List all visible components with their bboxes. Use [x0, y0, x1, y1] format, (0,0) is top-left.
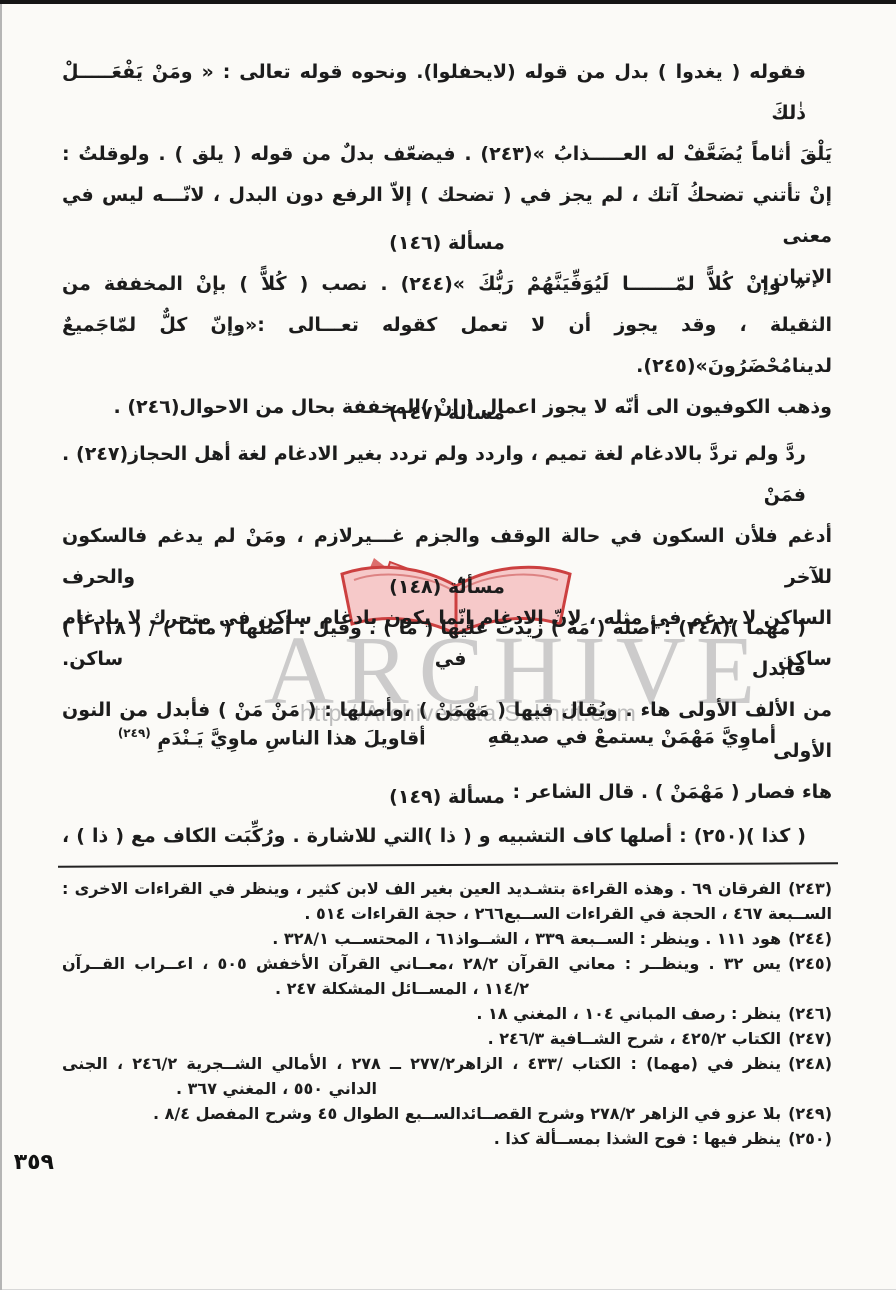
text-line: ردَّ ولم تردَّ بالادغام لغة تميم ، واردد…: [62, 434, 832, 516]
footnote-line: (٢٤٩)بلا عزو في الزاهر ٢٧٨/٢ وشرح القصــ…: [62, 1101, 832, 1126]
footnote-line: (٢٤٥)يس ٣٢ . وينظــر : معاني القرآن ٢٨/٢…: [62, 951, 832, 976]
footnotes: (٢٤٣)الفرقان ٦٩ . وهذه القراءة بتشـديد ا…: [62, 876, 832, 1151]
verse-footnote-ref: (٢٤٩): [118, 726, 151, 740]
footnote-number: (٢٤٧): [781, 1029, 832, 1048]
text-line: ( مهما )(٢٤٨) : أصله ( مَهْ ) زيدت عليها…: [62, 608, 832, 690]
paragraph-149: ( كذا )(٢٥٠) : أصلها كاف التشبيه و ( ذا …: [62, 816, 832, 857]
footnote-line: ١١٤/٢ ، المســائل المشكلة ٢٤٧ .: [62, 976, 832, 1001]
footnote-number: (٢٥٠): [781, 1129, 832, 1148]
footnote-line: (٢٤٧)الكتاب ٤٢٥/٢ ، شرح الشــافية ٢٤٦/٣ …: [62, 1026, 832, 1051]
masala-148-heading: مسألة (١٤٨): [62, 576, 832, 598]
text-line: يَلْقَ أثاماً يُضَعَّفْ له العـــــذابُ …: [62, 134, 832, 175]
footnote-number: (٢٤٩): [781, 1104, 832, 1123]
page-number: ٣٥٩: [14, 1150, 54, 1175]
footnote-number: (٢٤٨): [781, 1054, 832, 1073]
paragraph-148: ( مهما )(٢٤٨) : أصله ( مَهْ ) زيدت عليها…: [62, 608, 832, 813]
footnote-line: الســبعة ٤٦٧ ، الحجة في القراءات الســبع…: [62, 901, 832, 926]
text-line: فقوله ( يغدوا ) بدل من قوله (لايحفلوا). …: [62, 52, 832, 134]
footnote-line: (٢٥٠)ينظر فيها : فوح الشذا بمســألة كذا …: [62, 1126, 832, 1151]
footnote-line: (٢٤٦)ينظر : رصف المباني ١٠٤ ، المغني ١٨ …: [62, 1001, 832, 1026]
footnote-number: (٢٤٦): [781, 1004, 832, 1023]
footnote-line: الداني ٥٥٠ ، المغني ٣٦٧ .: [62, 1076, 832, 1101]
footnotes-divider: [58, 862, 838, 867]
scanned-book-page: ARCHIVE http://Archivebeta.Sakhrit.com ف…: [0, 0, 896, 1290]
footnote-line: (٢٤٣)الفرقان ٦٩ . وهذه القراءة بتشـديد ا…: [62, 876, 832, 901]
footnote-line: (٢٤٨)ينظر في (مهما) : الكتاب /٤٣٣ ، الزا…: [62, 1051, 832, 1076]
text-line: ( كذا )(٢٥٠) : أصلها كاف التشبيه و ( ذا …: [62, 816, 832, 857]
masala-147-heading: مسألة (١٤٧): [62, 402, 832, 424]
footnote-number: (٢٤٥): [781, 954, 832, 973]
text-line: « وإنْ كُلاًّ لمّـــــــا لَيُوَفِّيَنَّ…: [62, 264, 832, 305]
footnote-line: (٢٤٤)هود ١١١ . وينظر : الســبعة ٣٣٩ ، ال…: [62, 926, 832, 951]
masala-149-heading: مسألة (١٤٩): [62, 786, 832, 808]
verse-first-hemistich: أماوِيَّ مَهْمَنْ يستمعْ في صديقهِ: [488, 726, 777, 749]
text-line: الثقيلة ، وقد يجوز أن لا تعمل كقوله تعــ…: [62, 305, 832, 387]
footnote-number: (٢٤٣): [781, 879, 832, 898]
paragraph-intro: فقوله ( يغدوا ) بدل من قوله (لايحفلوا). …: [62, 52, 832, 298]
verse-second-hemistich: أقاويلَ هذا الناسِ ماوِيَّ يَـنْدَمِ (٢٤…: [118, 726, 426, 749]
masala-146-heading: مسألة (١٤٦): [62, 232, 832, 254]
footnote-number: (٢٤٤): [781, 929, 832, 948]
poetry-verse: أماوِيَّ مَهْمَنْ يستمعْ في صديقهِ أقاوي…: [62, 726, 832, 749]
